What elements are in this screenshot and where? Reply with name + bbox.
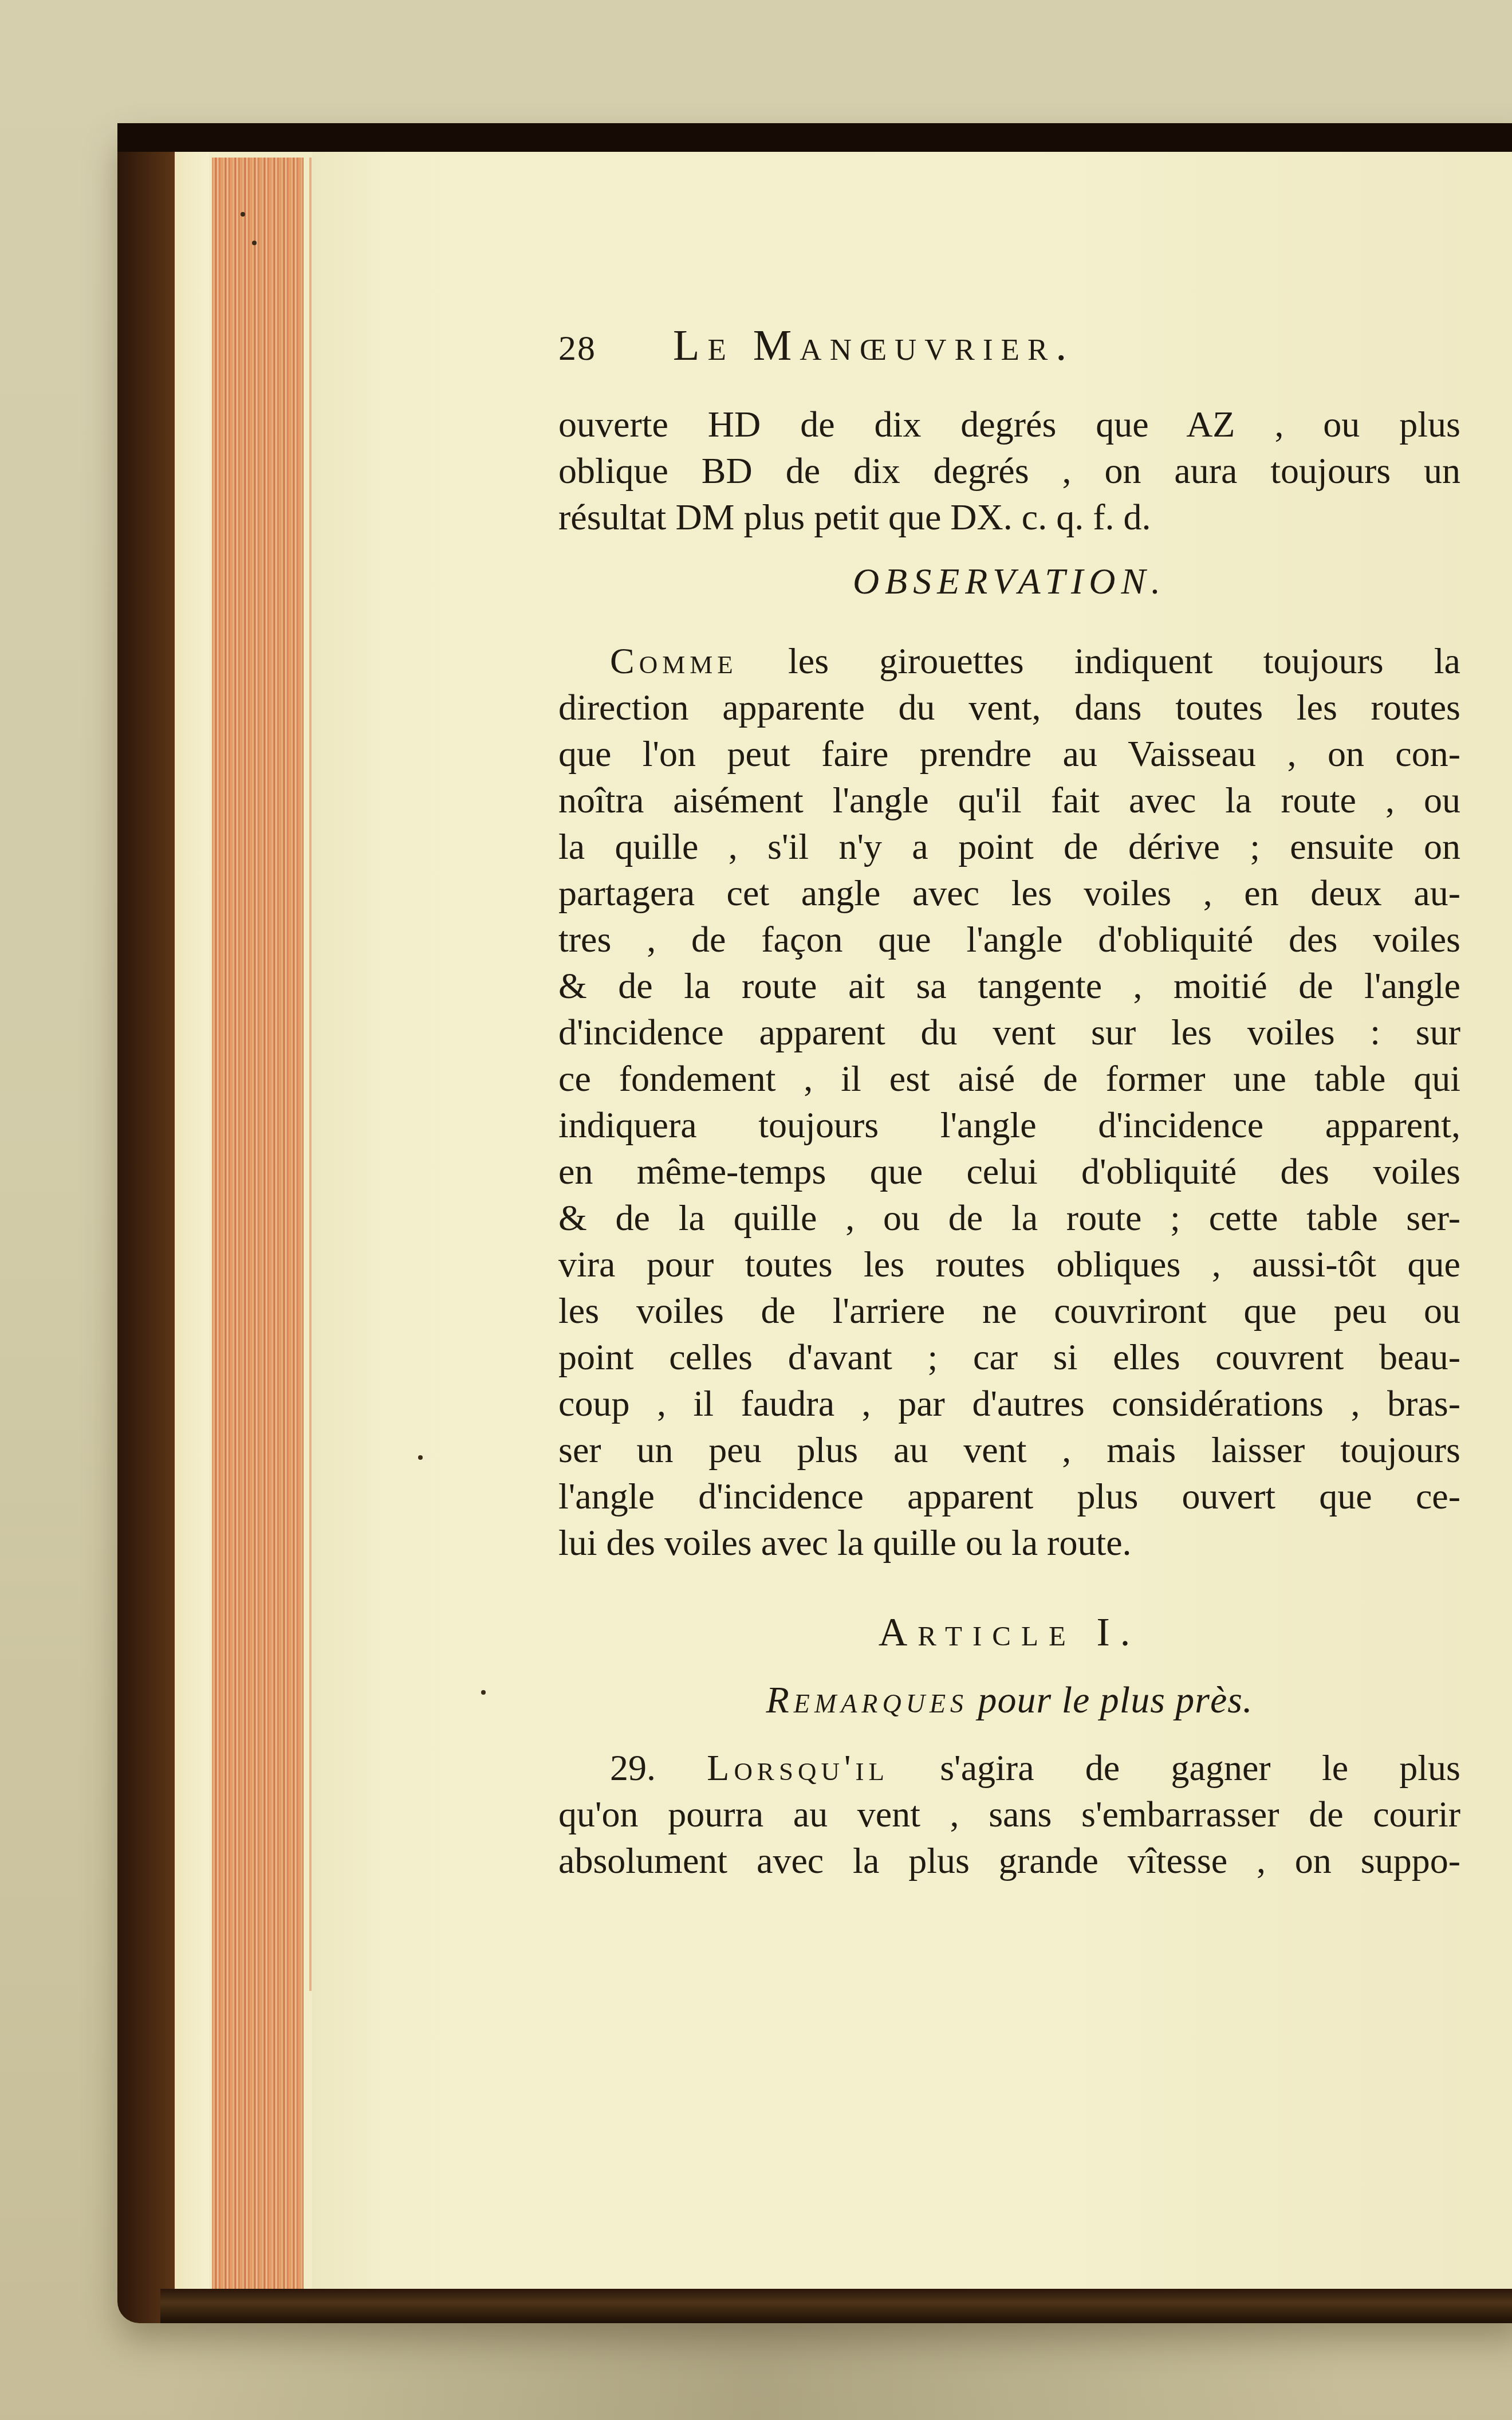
cover-bottom-edge <box>160 2289 1512 2323</box>
text-line: ce fondement , il est aisé de former une… <box>558 1055 1460 1102</box>
lead-word: Lorsqu'il <box>707 1747 889 1788</box>
text-line: absolument avec la plus grande vîtesse ,… <box>558 1837 1460 1884</box>
text-line: & de la route ait sa tangente , moitié d… <box>558 962 1460 1009</box>
text-line-rest: les girouettes indiquent toujours la <box>788 641 1460 681</box>
page-number: 28 <box>558 328 673 369</box>
remarques-heading: Remarques pour le plus près. <box>558 1669 1460 1732</box>
text-line: la quille , s'il n'y a point de dérive ;… <box>558 823 1460 870</box>
text-line: lui des voiles avec la quille ou la rout… <box>558 1519 1460 1566</box>
cover-top-edge <box>117 123 1512 152</box>
text-line: ser un peu plus au vent , mais laisser t… <box>558 1427 1460 1473</box>
running-head: 28 Le Manœuvrier. <box>558 321 1460 401</box>
text-line: qu'on pourra au vent , sans s'embarrasse… <box>558 1791 1460 1837</box>
text-line-rest: s'agira de gagner le plus <box>940 1747 1460 1788</box>
text-line: indiquera toujours l'angle d'incidence a… <box>558 1102 1460 1148</box>
observation-paragraph: Comme les girouettes indiquent toujours … <box>558 638 1460 1566</box>
paragraph-number: 29. <box>610 1747 656 1788</box>
text-line: vira pour toutes les routes obliques , a… <box>558 1241 1460 1287</box>
endpaper-strip <box>175 152 209 2292</box>
lead-word: Comme <box>610 641 738 681</box>
ink-speck <box>241 212 245 217</box>
page-gutter-line <box>309 158 312 1991</box>
paragraph-29: 29. Lorsqu'il s'agira de gagner le plus … <box>558 1745 1460 1884</box>
text-line: ouverte HD de dix degrés que AZ , ou plu… <box>558 401 1460 447</box>
text-line: tres , de façon que l'angle d'obliquité … <box>558 916 1460 962</box>
remarques-rest: pour le plus près. <box>978 1679 1253 1721</box>
text-line: partagera cet angle avec les voiles , en… <box>558 870 1460 916</box>
text-line: noîtra aisément l'angle qu'il fait avec … <box>558 777 1460 823</box>
text-line: point celles d'avant ; car si elles couv… <box>558 1334 1460 1380</box>
remarques-caps: Remarques <box>766 1679 968 1721</box>
text-line: oblique BD de dix degrés , on aura toujo… <box>558 447 1460 494</box>
text-line: en même-temps que celui d'obliquité des … <box>558 1148 1460 1195</box>
text-line: direction apparente du vent, dans toutes… <box>558 684 1460 730</box>
text-line: que l'on peut faire prendre au Vaisseau … <box>558 730 1460 777</box>
text-line: les voiles de l'arriere ne couvriront qu… <box>558 1287 1460 1334</box>
ink-speck <box>481 1690 486 1695</box>
red-page-edges <box>212 158 304 2292</box>
text-line: d'incidence apparent du vent sur les voi… <box>558 1009 1460 1055</box>
ink-speck <box>252 241 257 245</box>
article-heading: Article I. <box>558 1601 1460 1664</box>
text-line: résultat DM plus petit que DX. c. q. f. … <box>558 494 1460 540</box>
continuation-paragraph: ouverte HD de dix degrés que AZ , ou plu… <box>558 401 1460 540</box>
text-line: 29. Lorsqu'il s'agira de gagner le plus <box>558 1745 1460 1791</box>
text-column: 28 Le Manœuvrier. ouverte HD de dix degr… <box>558 321 1460 1884</box>
ink-speck <box>418 1455 423 1460</box>
text-line: & de la quille , ou de la route ; cette … <box>558 1195 1460 1241</box>
text-line: l'angle d'incidence apparent plus ouvert… <box>558 1473 1460 1519</box>
running-title: Le Manœuvrier. <box>673 321 1074 371</box>
text-line: Comme les girouettes indiquent toujours … <box>558 638 1460 684</box>
observation-heading: OBSERVATION. <box>558 553 1460 610</box>
text-line: coup , il faudra , par d'autres considér… <box>558 1380 1460 1427</box>
